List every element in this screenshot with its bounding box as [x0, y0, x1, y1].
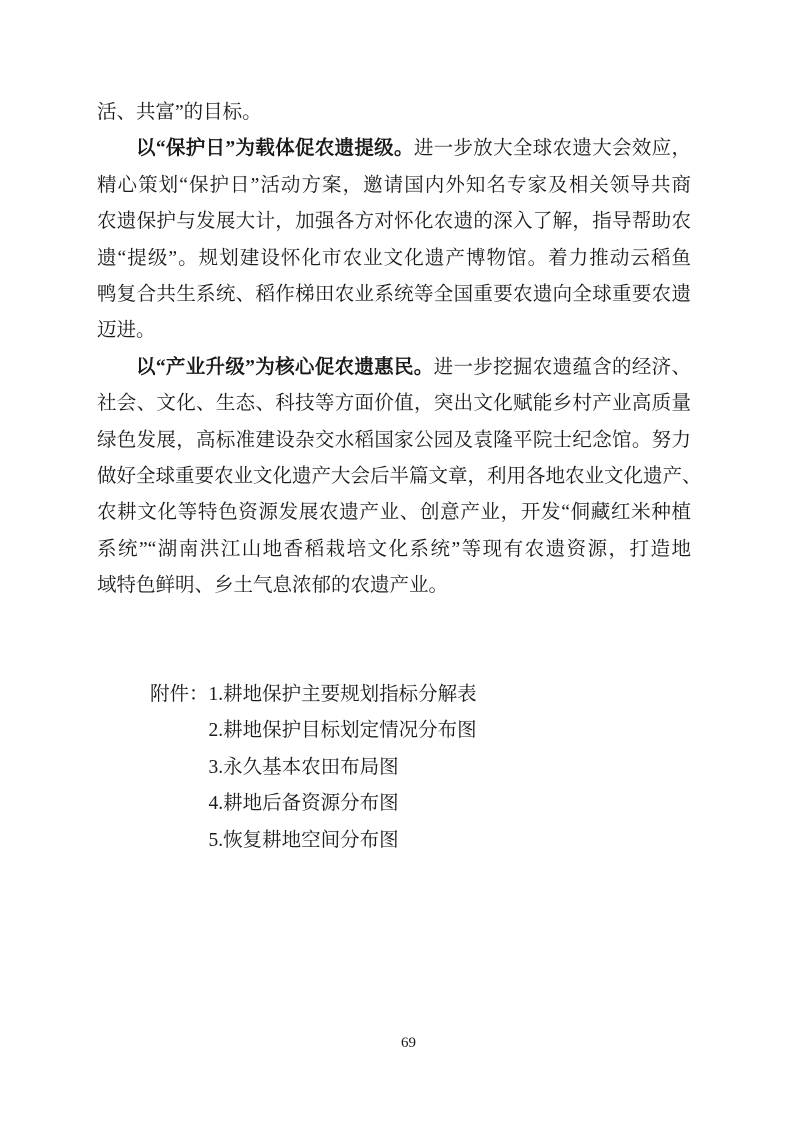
attachment-item: 2.耕地保护目标划定情况分布图: [209, 713, 477, 749]
text-line: 以“产业升级”为核心促农遗惠民。进一步挖掘农遗蕴含的经济、: [97, 350, 691, 386]
document-body: 活、共富”的目标。以“保护日”为载体促农遗提级。进一步放大全球农遗大会效应，精心…: [97, 95, 691, 604]
attachments-block: 附件： 1.耕地保护主要规划指标分解表2.耕地保护目标划定情况分布图3.永久基本…: [150, 677, 477, 859]
text-line: 农遗保护与发展大计，加强各方对怀化农遗的深入了解，指导帮助农: [97, 204, 691, 240]
text-line: 绿色发展，高标准建设杂交水稻国家公园及袁隆平院士纪念馆。努力: [97, 423, 691, 459]
text-line: 遗“提级”。规划建设怀化市农业文化遗产博物馆。着力推动云稻鱼: [97, 241, 691, 277]
attachments-label: 附件：: [150, 677, 209, 713]
text-line: 域特色鲜明、乡土气息浓郁的农遗产业。: [97, 568, 691, 604]
page-footer: 69: [12, 1034, 793, 1052]
bold-lead-in: 以“产业升级”为核心促农遗惠民。: [136, 357, 434, 378]
text-line: 迈进。: [97, 313, 691, 349]
paragraph: 活、共富”的目标。: [97, 95, 691, 131]
attachment-item: 1.耕地保护主要规划指标分解表: [209, 677, 477, 713]
attachment-item: 4.耕地后备资源分布图: [209, 786, 477, 822]
paragraph: 以“产业升级”为核心促农遗惠民。进一步挖掘农遗蕴含的经济、社会、文化、生态、科技…: [97, 350, 691, 605]
text-line: 做好全球重要农业文化遗产大会后半篇文章，利用各地农业文化遗产、: [97, 459, 691, 495]
text-line: 鸭复合共生系统、稻作梯田农业系统等全国重要农遗向全球重要农遗: [97, 277, 691, 313]
attachment-item: 3.永久基本农田布局图: [209, 750, 477, 786]
attachment-item: 5.恢复耕地空间分布图: [209, 823, 477, 859]
text-line: 以“保护日”为载体促农遗提级。进一步放大全球农遗大会效应，: [97, 131, 691, 167]
text-line: 精心策划“保护日”活动方案，邀请国内外知名专家及相关领导共商: [97, 168, 691, 204]
text-line: 农耕文化等特色资源发展农遗产业、创意产业，开发“侗藏红米种植: [97, 495, 691, 531]
bold-lead-in: 以“保护日”为载体促农遗提级。: [136, 138, 414, 159]
text-line: 系统”“湖南洪江山地香稻栽培文化系统”等现有农遗资源，打造地: [97, 532, 691, 568]
paragraph: 以“保护日”为载体促农遗提级。进一步放大全球农遗大会效应，精心策划“保护日”活动…: [97, 131, 691, 349]
text-line: 社会、文化、生态、科技等方面价值，突出文化赋能乡村产业高质量: [97, 386, 691, 422]
page-number: 69: [401, 1035, 416, 1051]
text-line: 活、共富”的目标。: [97, 95, 691, 131]
attachments-list: 1.耕地保护主要规划指标分解表2.耕地保护目标划定情况分布图3.永久基本农田布局…: [209, 677, 477, 859]
document-page: 活、共富”的目标。以“保护日”为载体促农遗提级。进一步放大全球农遗大会效应，精心…: [0, 0, 793, 1122]
